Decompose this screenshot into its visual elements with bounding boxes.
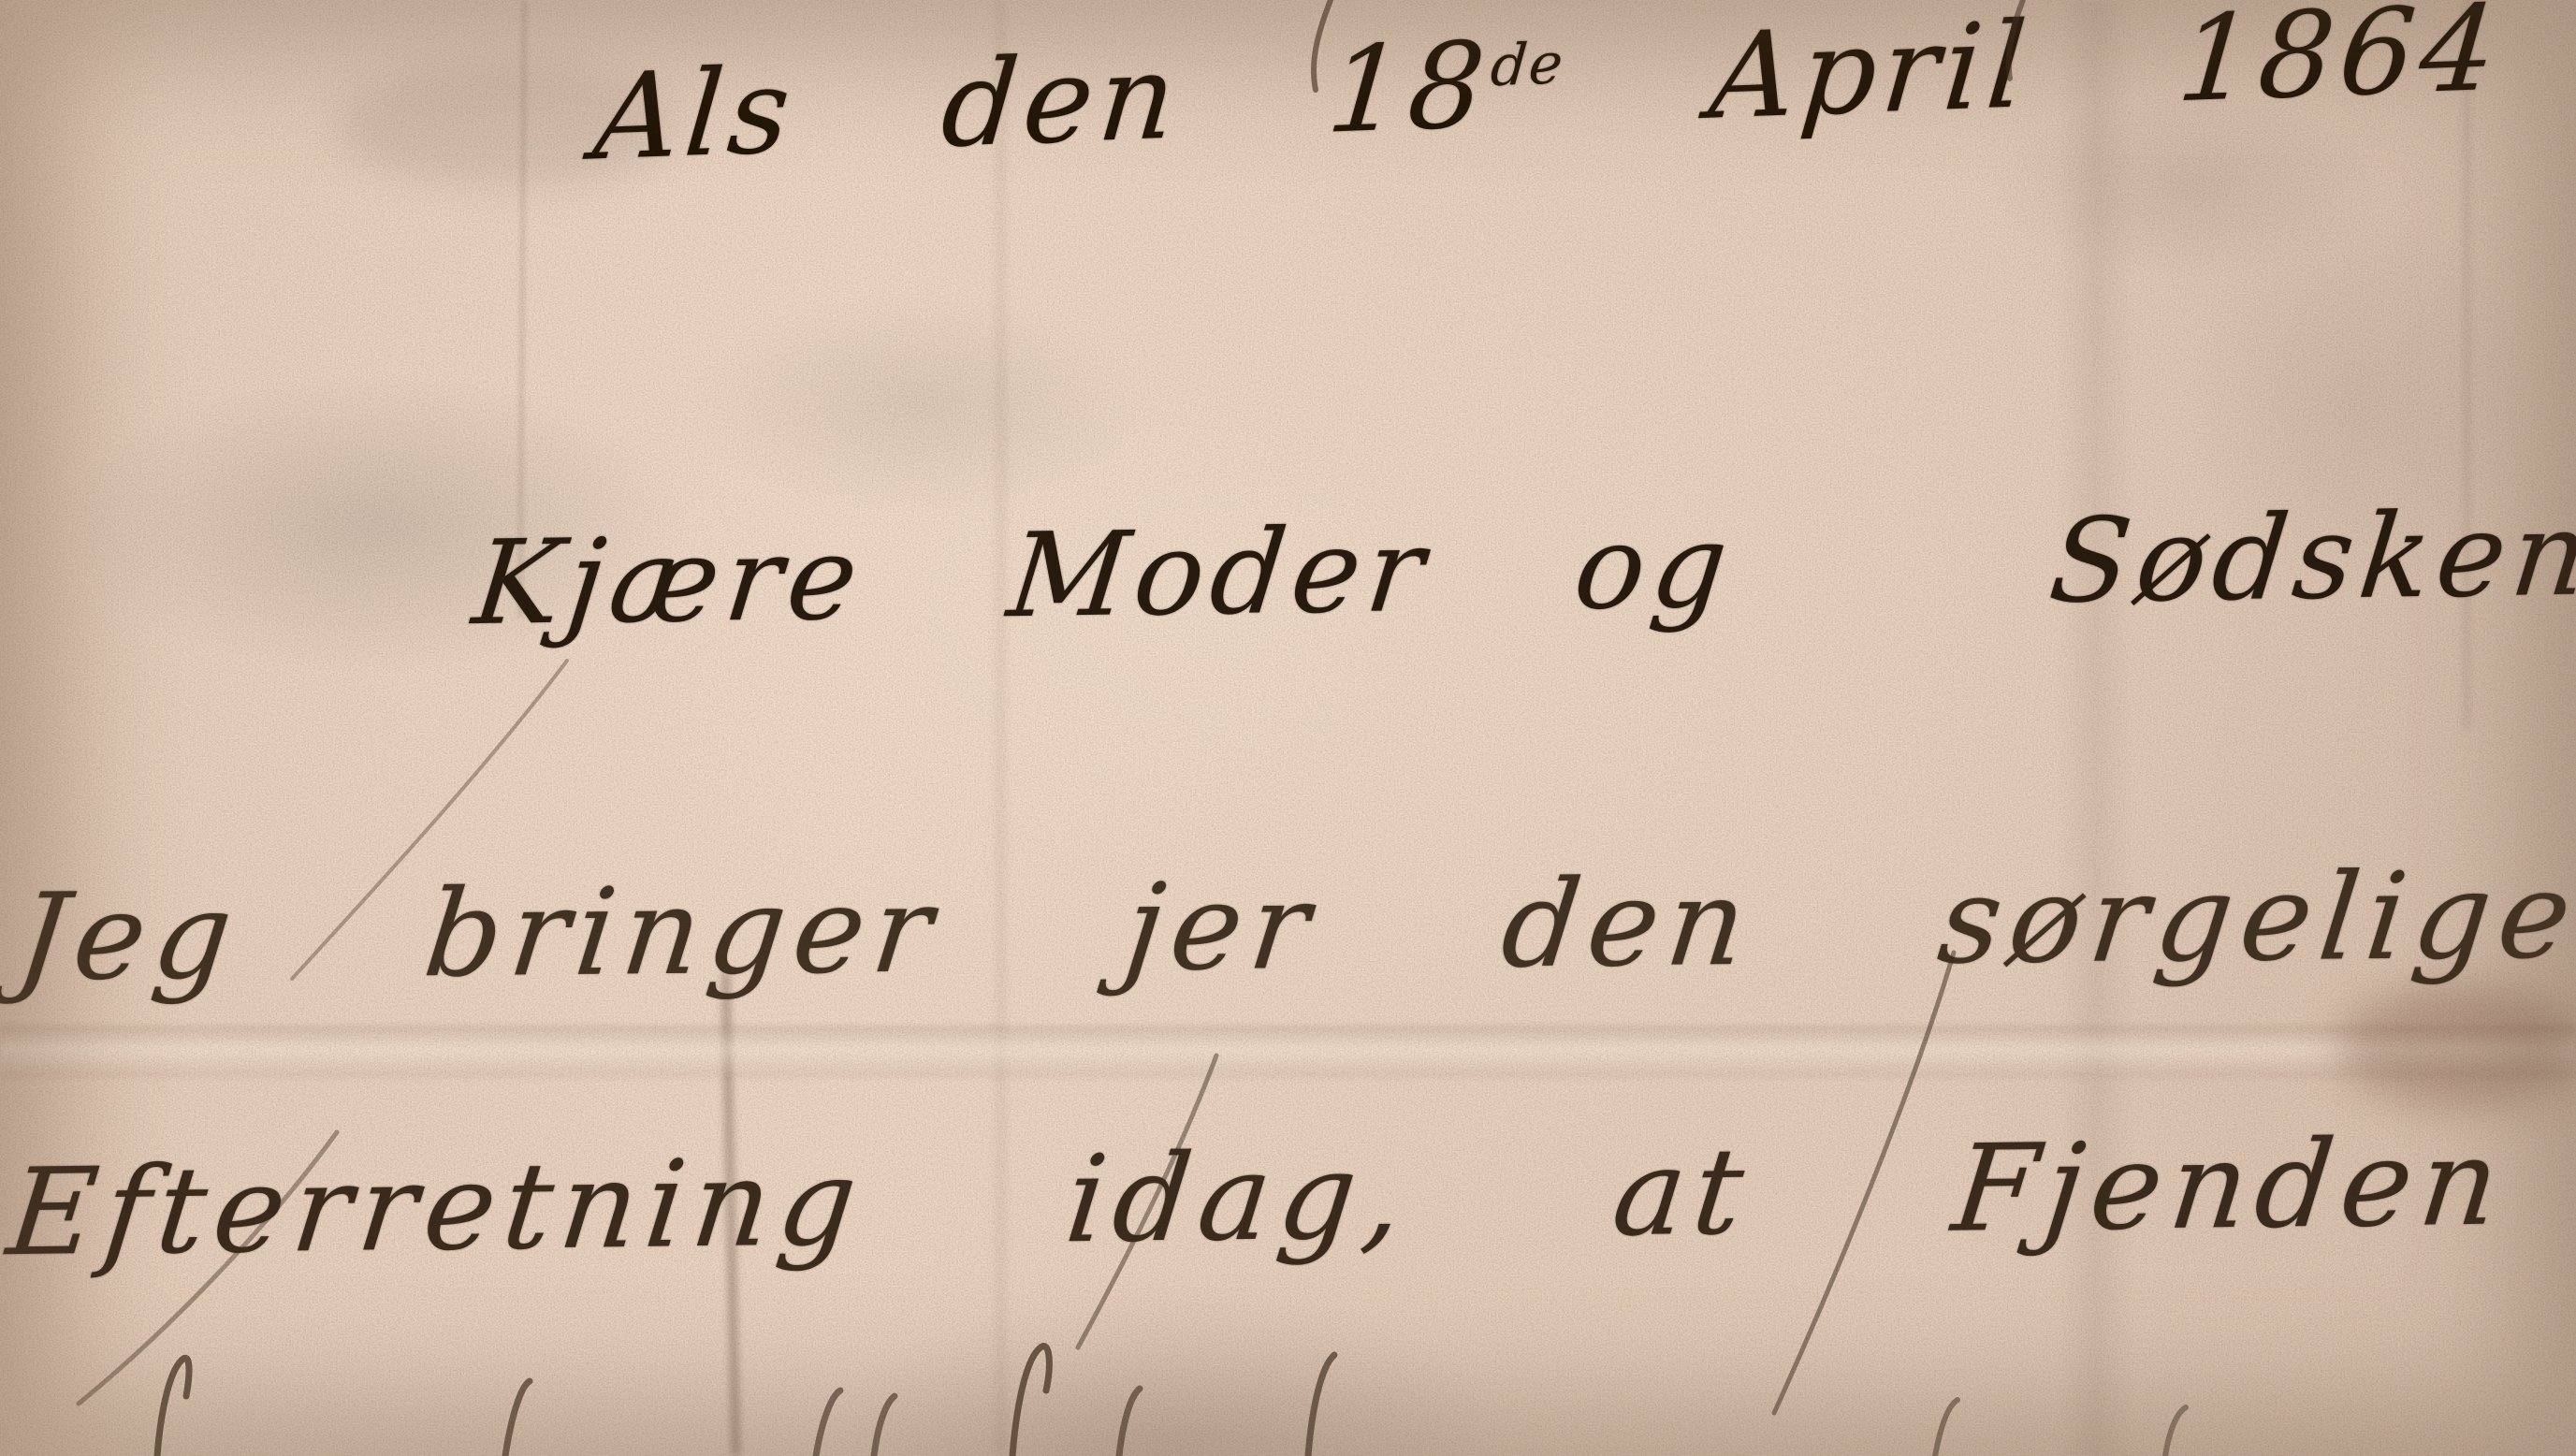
paper-grain-overlay [0, 0, 2576, 1456]
letter-photo: Als den 18de April 1864 Kjære Moder ogSø… [0, 0, 2576, 1456]
